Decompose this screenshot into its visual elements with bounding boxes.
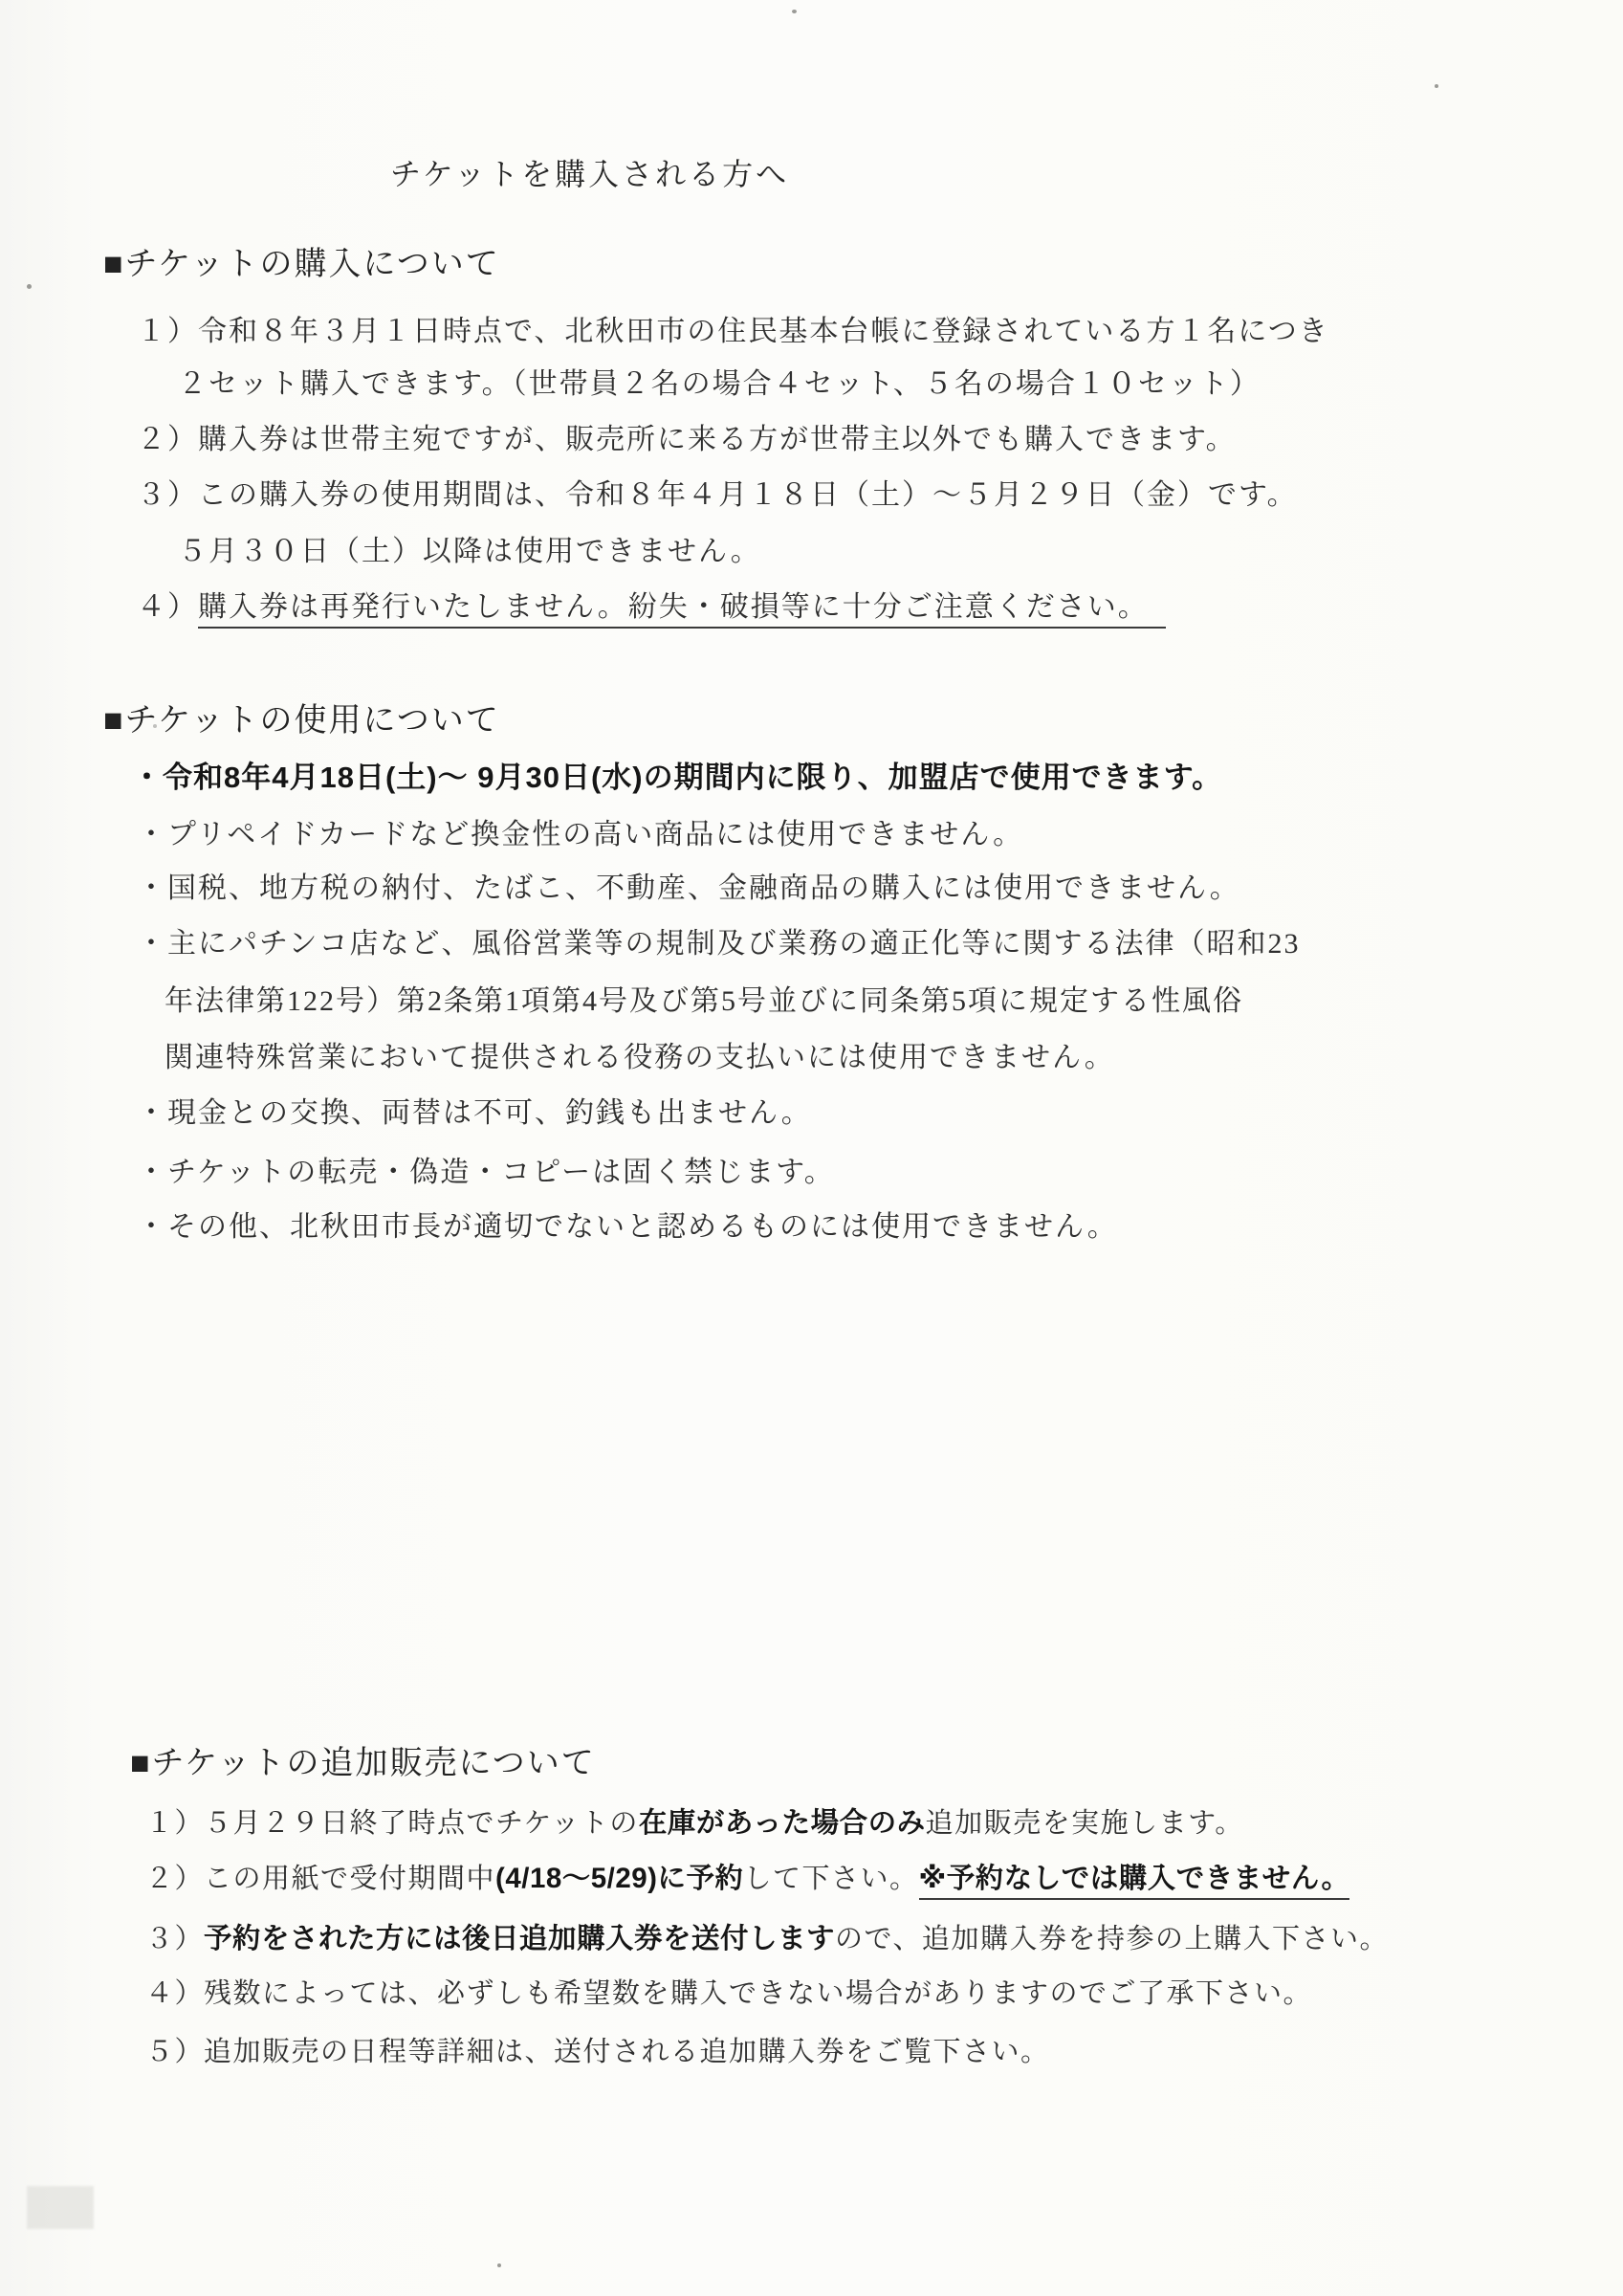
- purchase-item-4-number: ４）: [137, 591, 198, 623]
- additional-item-2-mid: して下さい。: [744, 1864, 919, 1894]
- section-heading-usage: ■チケットの使用について: [103, 705, 500, 738]
- scan-artifact: [497, 2263, 501, 2267]
- purchase-item-4: ４）購入券は再発行いたしません。紛失・破損等に十分ご注意ください。: [137, 593, 1166, 622]
- scan-artifact: [27, 2186, 94, 2229]
- scan-artifact: [27, 284, 32, 289]
- additional-item-2-pre: ２）この用紙で受付期間中: [145, 1864, 495, 1894]
- usage-bullet-law-line-3: 関連特殊営業において提供される役務の支払いには使用できません。: [164, 1044, 1115, 1072]
- purchase-item-3-line-2: ５月３０日（土）以降は使用できません。: [178, 538, 761, 566]
- additional-item-1-post: 追加販売を実施します。: [926, 1808, 1244, 1839]
- scan-artifact: [153, 724, 157, 728]
- additional-item-3: ３）予約をされた方には後日追加購入券を送付しますので、追加購入券を持参の上購入下…: [145, 1925, 1389, 1954]
- purchase-item-1-line-1: １）令和８年３月１日時点で、北秋田市の住民基本台帳に登録されている方１名につき: [137, 318, 1329, 346]
- purchase-item-4-text-underlined: 購入券は再発行いたしません。紛失・破損等に十分ご注意ください。: [198, 591, 1166, 629]
- additional-item-3-post: ので、追加購入券を持参の上購入下さい。: [835, 1924, 1389, 1954]
- additional-item-4: ４）残数によっては、必ずしも希望数を購入できない場合がありますのでご了承下さい。: [145, 1980, 1312, 2008]
- page-title: チケットを購入される方へ: [390, 159, 789, 189]
- additional-item-2-bold-dates: (4/18～5/29)に予約: [495, 1863, 743, 1894]
- additional-item-3-number: ３）: [145, 1924, 204, 1954]
- usage-bullet-period-bold: ・令和8年4月18日(土)～ 9月30日(水)の期間内に限り、加盟店で使用できま…: [132, 762, 1222, 792]
- additional-item-3-bold: 予約をされた方には後日追加購入券を送付します: [204, 1923, 835, 1954]
- usage-bullet-law-line-2: 年法律第122号）第2条第1項第4号及び第5号並びに同条第5項に規定する性風俗: [164, 987, 1243, 1016]
- usage-bullet-mayor: ・その他、北秋田市長が適切でないと認めるものには使用できません。: [137, 1213, 1118, 1242]
- section-heading-additional-sales: ■チケットの追加販売について: [130, 1748, 596, 1780]
- usage-bullet-prepaid: ・プリペイドカードなど換金性の高い商品には使用できません。: [137, 821, 1023, 850]
- additional-item-1-pre: １）５月２９日終了時点でチケットの: [145, 1808, 639, 1839]
- scan-artifact: [792, 10, 797, 13]
- usage-bullet-law-line-1: ・主にパチンコ店など、風俗営業等の規制及び業務の適正化等に関する法律（昭和23: [137, 930, 1301, 959]
- additional-item-1: １）５月２９日終了時点でチケットの在庫があった場合のみ追加販売を実施します。: [145, 1809, 1244, 1838]
- purchase-item-2: ２）購入券は世帯主宛ですが、販売所に来る方が世帯主以外でも購入できます。: [137, 426, 1237, 454]
- additional-item-2-bold-warning-underlined: ※予約なしでは購入できません。: [919, 1863, 1350, 1900]
- usage-bullet-resale: ・チケットの転売・偽造・コピーは固く禁じます。: [137, 1159, 835, 1187]
- additional-item-1-bold: 在庫があった場合のみ: [639, 1807, 926, 1839]
- usage-bullet-cash: ・現金との交換、両替は不可、釣銭も出ません。: [137, 1099, 812, 1128]
- scanned-document-page: チケットを購入される方へ ■チケットの購入について １）令和８年３月１日時点で、…: [0, 0, 1623, 2296]
- purchase-item-3-line-1: ３）この購入券の使用期間は、令和８年４月１８日（土）～５月２９日（金）です。: [137, 481, 1298, 510]
- section-heading-purchase: ■チケットの購入について: [103, 249, 500, 281]
- scan-artifact: [1435, 84, 1438, 88]
- additional-item-2: ２）この用紙で受付期間中(4/18～5/29)に予約して下さい。※予約なしでは購…: [145, 1865, 1349, 1893]
- purchase-item-1-line-2: ２セット購入できます。（世帯員２名の場合４セット、５名の場合１０セット）: [178, 370, 1261, 399]
- additional-item-5: ５）追加販売の日程等詳細は、送付される追加購入券をご覧下さい。: [145, 2039, 1050, 2066]
- usage-bullet-taxes: ・国税、地方税の納付、たばこ、不動産、金融商品の購入には使用できません。: [137, 874, 1240, 903]
